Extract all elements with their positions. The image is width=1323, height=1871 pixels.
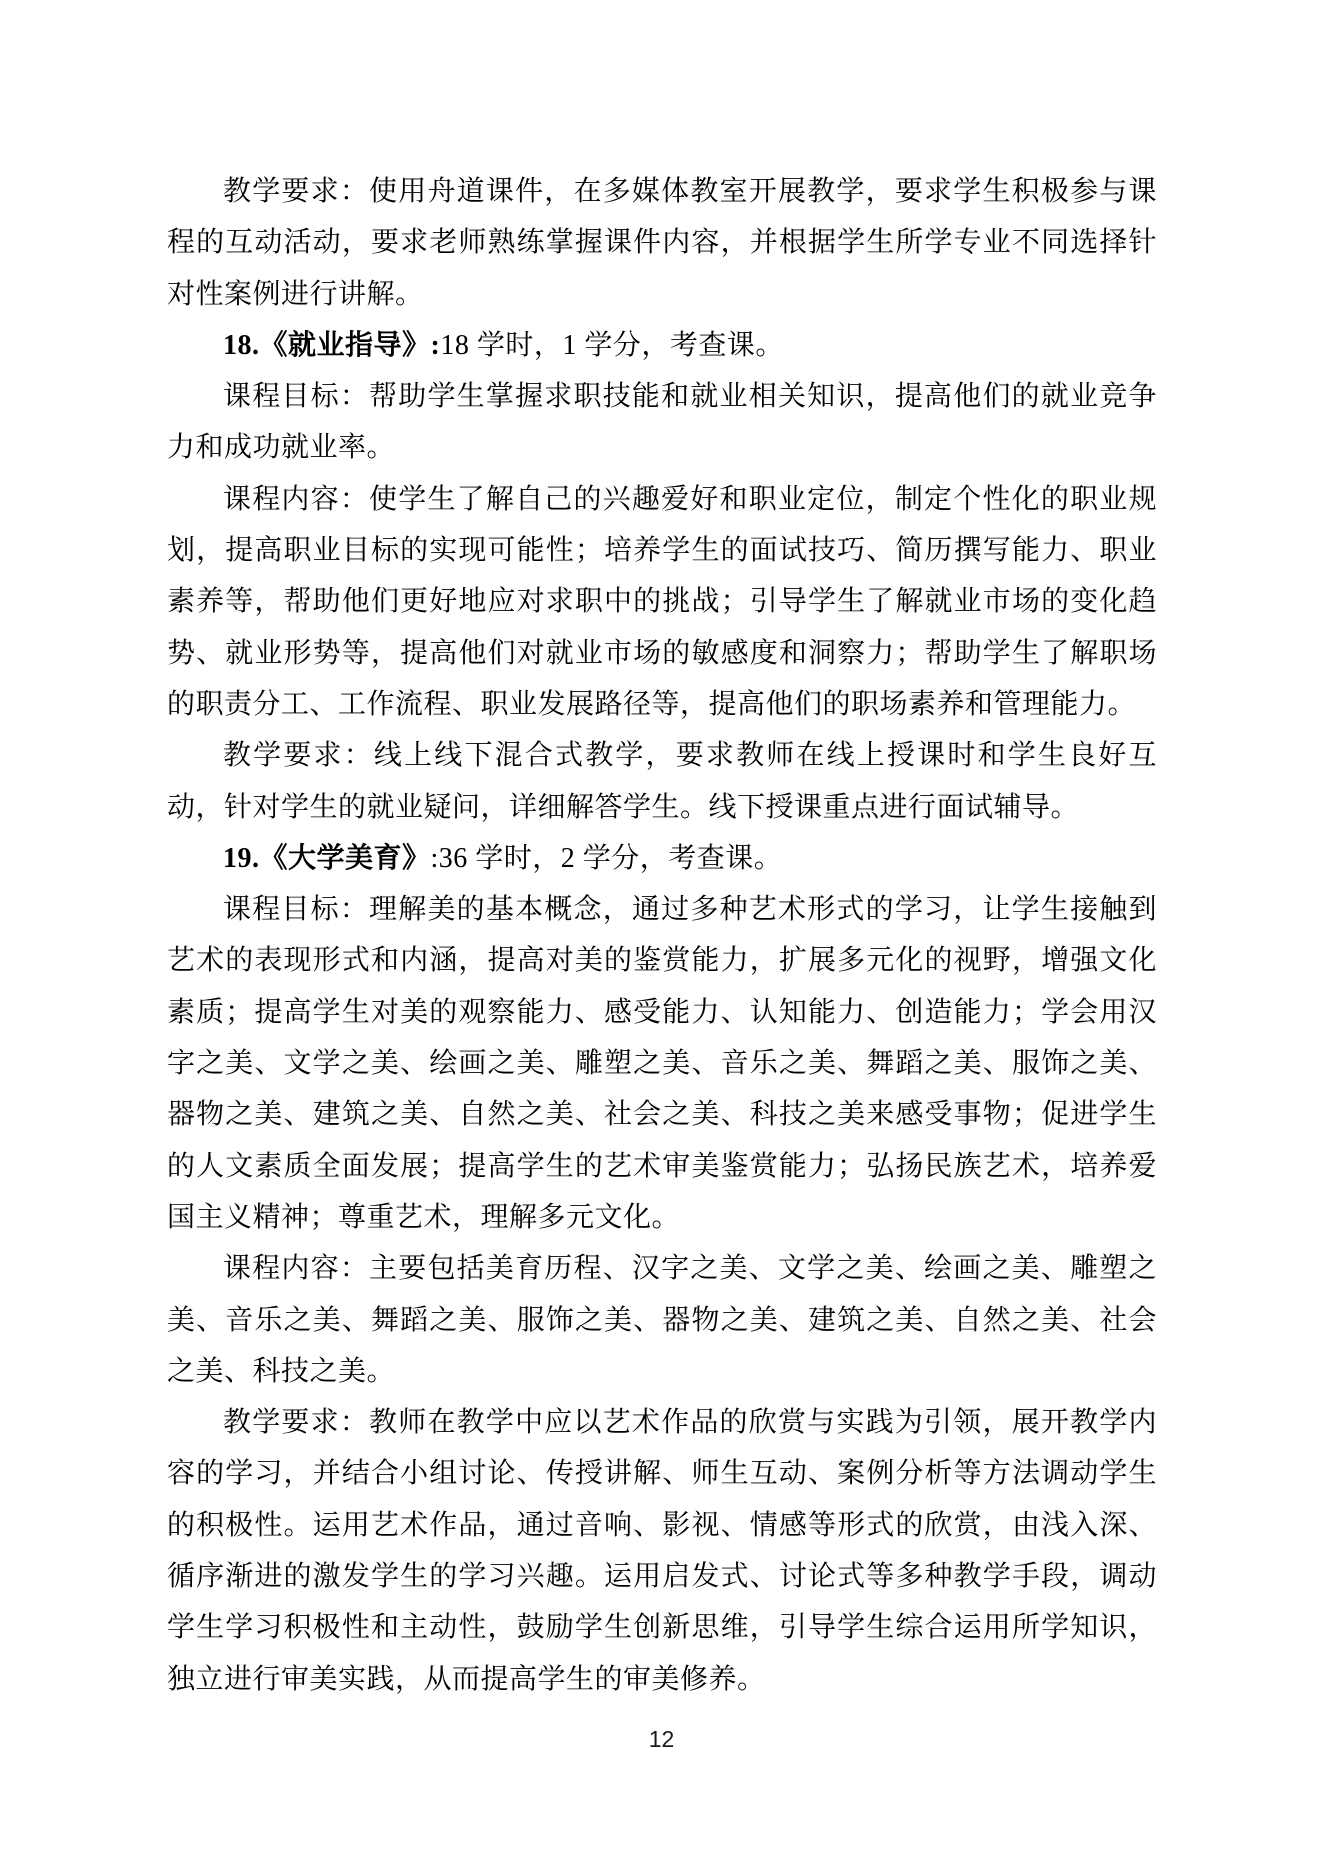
paragraph-teaching-requirements-17: 教学要求：使用舟道课件，在多媒体教室开展教学，要求学生积极参与课程的互动活动，要… xyxy=(167,166,1157,320)
paragraph-course-18-teaching-requirements: 教学要求：线上线下混合式教学，要求教师在线上授课时和学生良好互动，针对学生的就业… xyxy=(167,730,1157,833)
course-18-title: 18.《就业指导》: xyxy=(223,330,440,361)
paragraph-course-19-teaching-requirements: 教学要求：教师在教学中应以艺术作品的欣赏与实践为引领，展开教学内容的学习，并结合… xyxy=(167,1397,1157,1705)
heading-course-19: 19.《大学美育》:36 学时，2 学分，考查课。 xyxy=(167,833,1157,884)
page-number: 12 xyxy=(0,1726,1323,1753)
course-18-credits: 18 学时，1 学分，考查课。 xyxy=(440,330,784,361)
course-19-title: 19.《大学美育》 xyxy=(223,843,431,874)
document-page: 教学要求：使用舟道课件，在多媒体教室开展教学，要求学生积极参与课程的互动活动，要… xyxy=(0,0,1323,1871)
heading-course-18: 18.《就业指导》:18 学时，1 学分，考查课。 xyxy=(167,320,1157,371)
paragraph-course-18-goals: 课程目标：帮助学生掌握求职技能和就业相关知识，提高他们的就业竞争力和成功就业率。 xyxy=(167,371,1157,474)
paragraph-course-18-content: 课程内容：使学生了解自己的兴趣爱好和职业定位，制定个性化的职业规划，提高职业目标… xyxy=(167,474,1157,730)
page-content: 教学要求：使用舟道课件，在多媒体教室开展教学，要求学生积极参与课程的互动活动，要… xyxy=(167,166,1157,1705)
paragraph-course-19-content: 课程内容：主要包括美育历程、汉字之美、文学之美、绘画之美、雕塑之美、音乐之美、舞… xyxy=(167,1243,1157,1397)
paragraph-course-19-goals: 课程目标：理解美的基本概念，通过多种艺术形式的学习，让学生接触到艺术的表现形式和… xyxy=(167,884,1157,1243)
course-19-credits: :36 学时，2 学分，考查课。 xyxy=(431,843,783,874)
